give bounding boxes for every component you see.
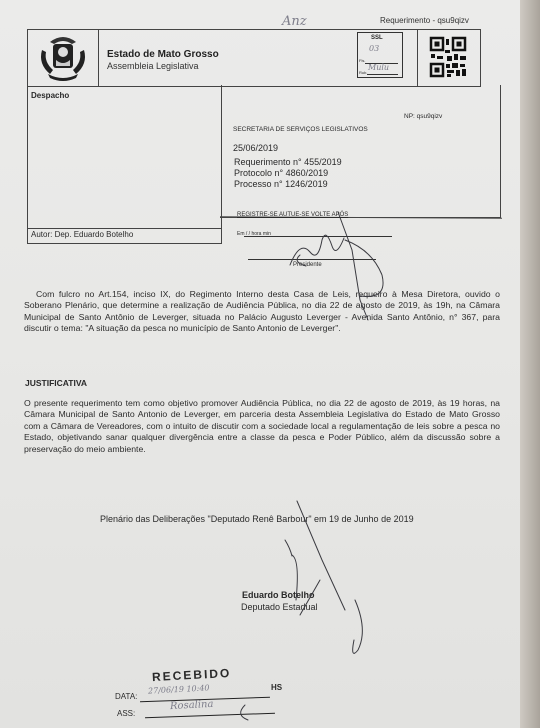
presidente-label: Presidente [293,262,322,268]
receipt-signature-label: ASS: [117,709,135,718]
secretaria-title: SECRETARIA DE SERVIÇOS LEGISLATIVOS [233,126,368,133]
ssl-rub-value: Mulu [368,63,389,72]
receipt-hs-label: HS [271,683,282,692]
despacho-cell [27,85,222,229]
ssl-fl-value: 03 [369,44,379,53]
handwritten-note: Anz [282,14,307,29]
page-edge-shadow [520,0,540,728]
plenario-line: Plenário das Deliberações "Deputado Renê… [100,514,414,524]
receipt-date-label: DATA: [115,692,137,701]
request-paragraph: Com fulcro no Art.154, inciso IX, do Reg… [24,289,500,335]
assembly-name: Assembleia Legislativa [107,61,199,71]
ssl-stamp-title: SSL [371,35,383,41]
secretaria-date: 25/06/2019 [233,143,278,153]
requerimento-number: Requerimento n° 455/2019 [234,157,342,168]
registre-line: REGISTRE-SE AUTUE-SE VOLTE APÓS [237,212,348,218]
state-name: Estado de Mato Grosso [107,49,219,60]
np-code: NP: qsu9qizv [404,113,442,120]
despacho-label: Despacho [31,91,69,100]
em-rule [244,236,392,237]
protocolo-number: Protocolo n° 4860/2019 [234,168,328,179]
logo-cell [27,29,99,87]
coat-of-arms-icon [28,30,98,86]
autor-label: Autor: Dep. Eduardo Botelho [31,230,133,239]
presidente-rule [248,259,376,260]
processo-number: Processo n° 1246/2019 [234,179,328,190]
qr-cell [417,29,481,87]
receipt-signature-value: Rosalina [170,699,214,712]
ssl-rub-rule [367,74,398,75]
signatory-role: Deputado Estadual [241,602,318,612]
request-code-label: Requerimento - qsu9qizv [380,16,469,25]
justificativa-title: JUSTIFICATIVA [25,378,87,388]
qr-code-icon[interactable] [417,30,480,86]
signatory-name: Eduardo Botelho [242,590,315,600]
justificativa-paragraph: O presente requerimento tem como objetiv… [24,398,500,455]
